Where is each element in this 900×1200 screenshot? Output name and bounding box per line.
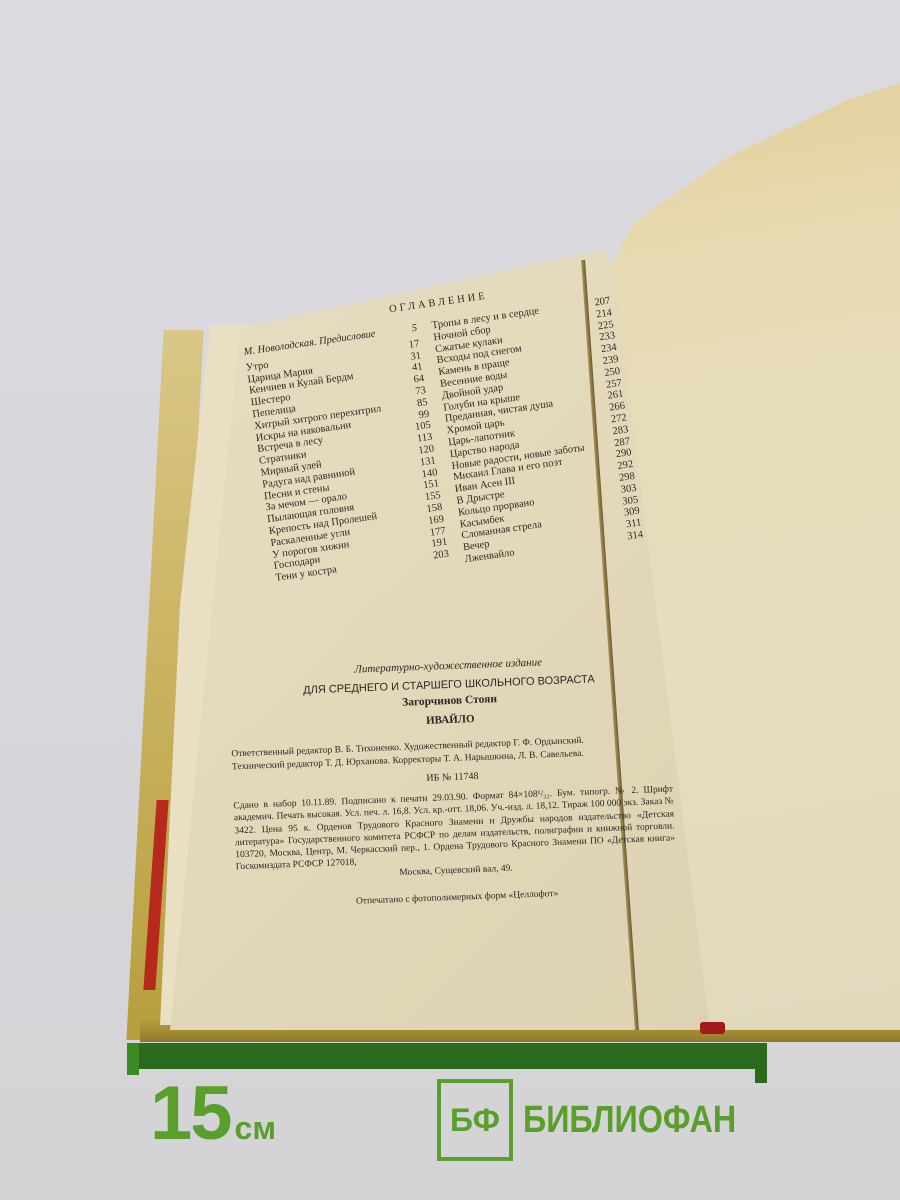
open-book-icon: БФ <box>437 1079 513 1161</box>
headband-red <box>700 1022 725 1034</box>
ruler-bar <box>127 1043 767 1069</box>
bibliofan-logo: БФ БИБЛИОФАН <box>437 1079 774 1161</box>
size-ruler <box>127 1043 767 1073</box>
print-data: Сдано в набор 10.11.89. Подписано к печа… <box>233 784 676 886</box>
toc-title: ОГЛАВЛЕНИЕ <box>389 291 489 316</box>
size-label: 15см <box>150 1070 276 1157</box>
table-of-contents: ОГЛАВЛЕНИЕ М. Новолодская. Предисловие 5… <box>239 264 657 614</box>
photo-scene: ОГЛАВЛЕНИЕ М. Новолодская. Предисловие 5… <box>0 0 900 1200</box>
toc-column-right: Тропы в лесу и в сердце207Ночной сбор214… <box>431 296 644 566</box>
toc-column-left: М. Новолодская. Предисловие 5 Утро17Цари… <box>243 323 450 585</box>
publication-imprint: Литературно-художественное издание ДЛЯ С… <box>228 652 677 913</box>
ruler-tick-left <box>127 1043 139 1075</box>
ruler-tick-right <box>755 1043 767 1083</box>
brand-name: БИБЛИОФАН <box>523 1099 736 1142</box>
